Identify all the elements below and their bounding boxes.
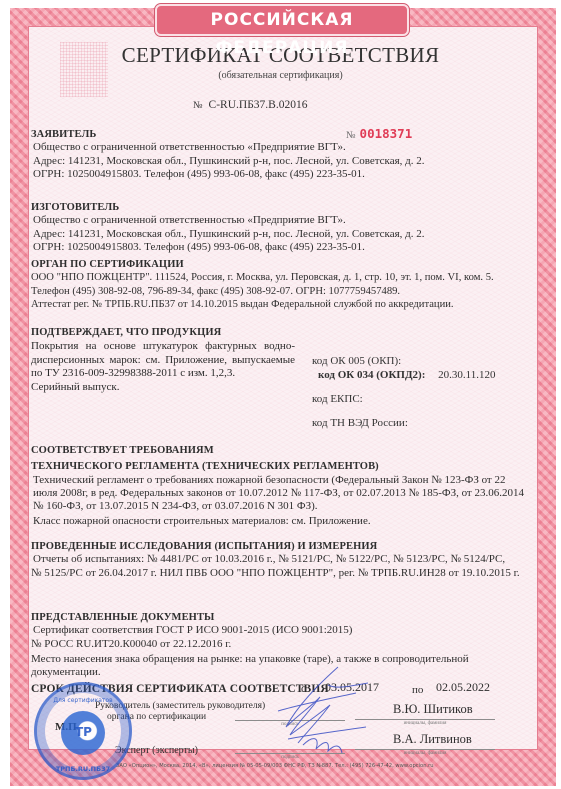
certificate-number: №C-RU.ПБ37.В.02016 [193, 99, 307, 111]
fire-class: Класс пожарной опасности строительных ма… [33, 515, 531, 528]
requirements-heading2: ТЕХНИЧЕСКОГО РЕГЛАМЕНТА (ТЕХНИЧЕСКИХ РЕГ… [31, 460, 531, 473]
certification-body-line3: Аттестат рег. № ТРПБ.RU.ПБ37 от 14.10.20… [31, 298, 541, 311]
validity-to-date: 02.05.2022 [436, 681, 490, 694]
certification-body-line1: ООО "НПО ПОЖЦЕНТР". 111524, Россия, г. М… [31, 271, 541, 284]
tests-line2: № 5125/РС от 26.04.2017 г. НИЛ ПВБ ООО "… [31, 567, 541, 580]
documents-line1: Сертификат соответствия ГОСТ Р ИСО 9001-… [33, 624, 521, 637]
requirements-heading1: СООТВЕТСТВУЕТ ТРЕБОВАНИЯМ [31, 444, 531, 457]
official-stamp: Для сертификатов ТР ТРПБ.RU.ПБ37 [34, 682, 132, 780]
certification-body-line2: Телефон (495) 308-92-08, 796-89-34, факс… [31, 285, 541, 298]
country-banner: РОССИЙСКАЯ ФЕДЕРАЦИЯ [155, 4, 409, 36]
certification-body-section: ОРГАН ПО СЕРТИФИКАЦИИ ООО "НПО ПОЖЦЕНТР"… [31, 258, 541, 311]
product-description: Покрытия на основе штукатурок фактурных … [31, 340, 295, 394]
head-name: В.Ю. Шитиков [393, 703, 473, 716]
stamp-top-text: Для сертификатов [37, 697, 129, 704]
stamp-bottom-text: ТРПБ.RU.ПБ37 [37, 765, 129, 773]
manufacturer-address: Адрес: 141231, Московская обл., Пушкинск… [33, 228, 425, 241]
tests-section: ПРОВЕДЕННЫЕ ИССЛЕДОВАНИЯ (ИСПЫТАНИЯ) И И… [31, 540, 541, 580]
validity-to-label: по [412, 684, 423, 697]
printer-imprint: ЗАО «Опцион», Москва, 2014, «В», лицензи… [116, 763, 434, 769]
applicant-name: Общество с ограниченной ответственностью… [33, 141, 425, 154]
applicant-address: Адрес: 141231, Московская обл., Пушкинск… [33, 155, 425, 168]
code-ekps: код ЕКПС: [312, 393, 363, 405]
blank-number-value: 0018371 [360, 126, 413, 141]
code-okpd2: код ОК 034 (ОКПД2): 20.30.11.120 [318, 369, 495, 381]
code-okp: код ОК 005 (ОКП): [312, 355, 401, 367]
product-heading-text: ПОДТВЕРЖДАЕТ, ЧТО ПРОДУКЦИЯ [31, 326, 221, 339]
tests-line1: Отчеты об испытаниях: № 4481/РС от 10.03… [33, 553, 541, 566]
code-tnved: код ТН ВЭД России: [312, 417, 408, 429]
applicant-contacts: ОГРН: 1025004915803. Телефон (495) 993-0… [33, 168, 425, 181]
blank-number: №0018371 [346, 126, 412, 141]
requirements-section: СООТВЕТСТВУЕТ ТРЕБОВАНИЯМ ТЕХНИЧЕСКОГО Р… [31, 444, 531, 529]
documents-heading: ПРЕДСТАВЛЕННЫЕ ДОКУМЕНТЫ [31, 611, 521, 624]
manufacturer-contacts: ОГРН: 1025004915803. Телефон (495) 993-0… [33, 241, 425, 254]
manufacturer-name: Общество с ограниченной ответственностью… [33, 214, 425, 227]
manufacturer-heading: ИЗГОТОВИТЕЛЬ [31, 201, 425, 214]
manufacturer-section: ИЗГОТОВИТЕЛЬ Общество с ограниченной отв… [31, 201, 425, 254]
requirements-text: Технический регламент о требованиях пожа… [33, 474, 531, 514]
stamp-center-text: ТР [75, 725, 92, 739]
product-description-text: Покрытия на основе штукатурок фактурных … [31, 340, 295, 381]
code-okpd2-label: код ОК 034 (ОКПД2): [318, 369, 425, 381]
certification-body-heading: ОРГАН ПО СЕРТИФИКАЦИИ [31, 258, 541, 271]
expert-name: В.А. Литвинов [393, 733, 472, 746]
product-heading: ПОДТВЕРЖДАЕТ, ЧТО ПРОДУКЦИЯ [31, 326, 221, 339]
number-sign: № [193, 100, 203, 111]
documents-line2: № РОСС RU.ИТ20.К00040 от 22.12.2016 г. [31, 638, 521, 651]
handwritten-signature [258, 665, 378, 760]
code-okpd2-value: 20.30.11.120 [438, 369, 495, 381]
product-release: Серийный выпуск. [31, 381, 295, 395]
certificate-number-value: C-RU.ПБ37.В.02016 [209, 99, 308, 111]
blank-number-sign: № [346, 130, 356, 141]
tests-heading: ПРОВЕДЕННЫЕ ИССЛЕДОВАНИЯ (ИСПЫТАНИЯ) И И… [31, 540, 541, 553]
certificate-subtitle: (обязательная сертификация) [0, 70, 561, 81]
